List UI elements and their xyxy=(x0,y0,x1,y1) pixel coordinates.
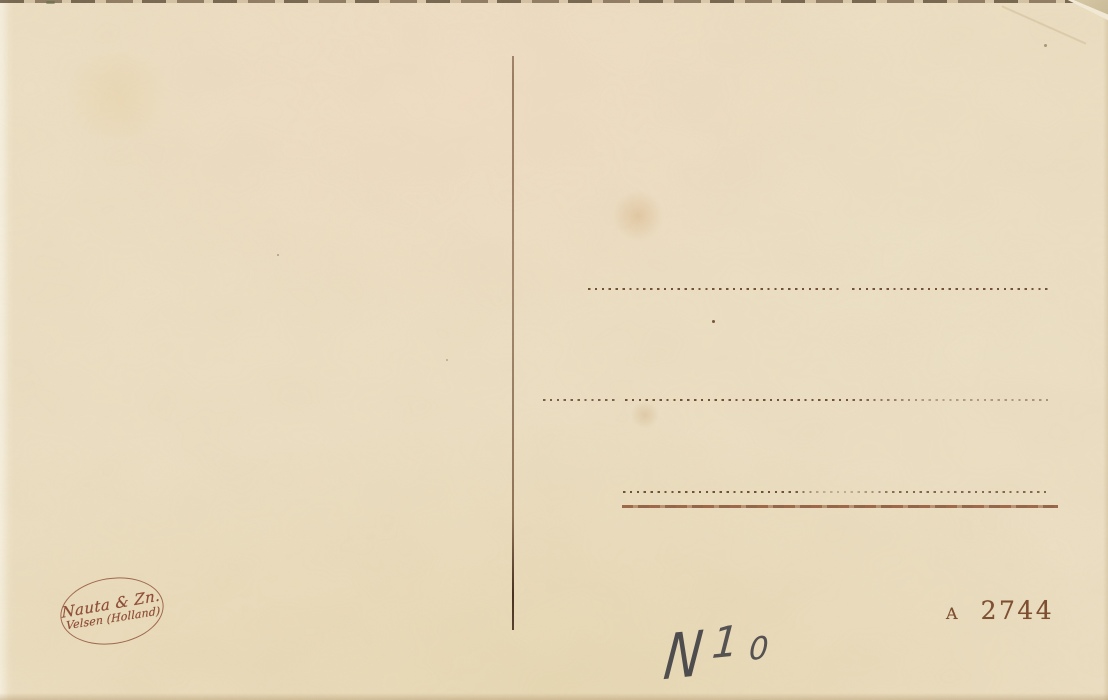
serial-number: A 2744 xyxy=(946,596,1054,625)
address-line-1-left xyxy=(588,288,840,290)
card-bottom-edge xyxy=(0,693,1108,700)
paper-speck xyxy=(277,254,279,256)
paper-texture xyxy=(0,0,1108,700)
card-right-edge xyxy=(1103,0,1108,700)
foxing-spot xyxy=(58,52,178,138)
serial-prefix: A xyxy=(946,604,959,623)
address-bottom-rule xyxy=(622,505,1058,508)
corner-background xyxy=(1066,0,1108,22)
paper-speck xyxy=(446,359,448,361)
foxing-spot xyxy=(610,190,666,242)
address-line-2-left xyxy=(543,399,616,401)
divider-line xyxy=(512,56,514,630)
ink-dot xyxy=(712,320,715,323)
paper-speck xyxy=(1044,44,1047,47)
card-corner-cut xyxy=(1066,0,1108,22)
address-line-3 xyxy=(623,491,1051,493)
card-left-edge xyxy=(0,0,9,700)
publisher-stamp: Nauta & Zn. Velsen (Holland) xyxy=(55,570,168,651)
handwritten-letter: N xyxy=(661,622,705,689)
handwritten-digit-zero: 0 xyxy=(749,633,770,666)
address-line-1-right xyxy=(852,288,1050,290)
foxing-spot xyxy=(630,402,660,428)
card-top-edge xyxy=(0,0,1108,3)
address-line-2-right xyxy=(625,399,1049,401)
serial-digits: 2744 xyxy=(981,596,1055,625)
handwritten-digit-one: 1 xyxy=(711,620,741,665)
postcard-back: Nauta & Zn. Velsen (Holland) A 2744 N 1 … xyxy=(0,0,1108,700)
handwritten-number: N 1 0 xyxy=(657,617,766,689)
